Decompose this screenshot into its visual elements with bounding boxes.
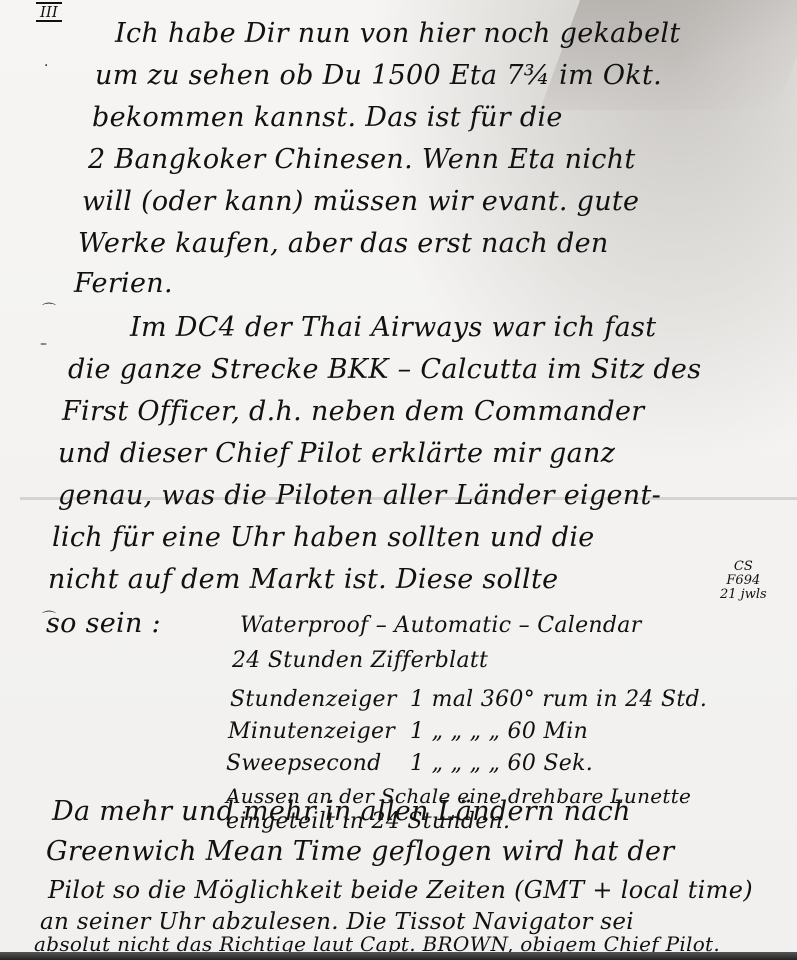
margin-note-bottom: 21 jwls xyxy=(720,588,767,602)
margin-note-top: CS xyxy=(720,560,767,574)
text-line: will (oder kann) müssen wir evant. gute xyxy=(82,186,639,218)
page-bottom-edge xyxy=(0,952,797,960)
text-line: Ich habe Dir nun von hier noch gekabelt xyxy=(115,18,681,50)
spec-intro: so sein : xyxy=(46,608,161,640)
text-line: Ferien. xyxy=(74,268,173,300)
text-line: genau, was die Piloten aller Länder eige… xyxy=(58,480,661,512)
text-line: nicht auf dem Markt ist. Diese sollte xyxy=(48,564,558,596)
spec-dial: 24 Stunden Zifferblatt xyxy=(232,645,488,677)
margin-dash: – xyxy=(40,336,47,352)
margin-note-middle: F694 xyxy=(720,574,767,588)
margin-note: CS F694 21 jwls xyxy=(720,560,767,602)
text-line: Im DC4 der Thai Airways war ich fast xyxy=(130,312,656,344)
margin-dot: · xyxy=(44,58,48,74)
text-line: 2 Bangkoker Chinesen. Wenn Eta nicht xyxy=(88,144,636,176)
text-line: um zu sehen ob Du 1500 Eta 7¾ im Okt. xyxy=(95,60,662,92)
spec-hand-name: Minutenzeiger xyxy=(228,716,395,748)
margin-tick: ⌒ xyxy=(42,300,56,320)
text-line: bekommen kannst. Das ist für die xyxy=(92,102,563,134)
text-line: Da mehr und mehr in allen Ländern nach xyxy=(52,796,631,828)
spec-hand-value: 1 mal 360° rum in 24 Std. xyxy=(410,684,707,716)
text-line: und dieser Chief Pilot erklärte mir ganz xyxy=(58,438,615,470)
text-line: Greenwich Mean Time geflogen wird hat de… xyxy=(46,836,674,868)
paper-stain xyxy=(540,0,797,110)
page-number: III xyxy=(36,2,62,22)
spec-features: Waterproof – Automatic – Calendar xyxy=(240,610,642,642)
spec-hand-name: Sweepsecond xyxy=(226,748,381,780)
spec-hand-value: 1 „ „ „ „ 60 Min xyxy=(410,716,588,748)
spec-hand-value: 1 „ „ „ „ 60 Sek. xyxy=(410,748,593,780)
text-line: die ganze Strecke BKK – Calcutta im Sitz… xyxy=(68,354,701,386)
text-line: Pilot so die Möglichkeit beide Zeiten (G… xyxy=(48,874,753,906)
spec-hand-name: Stundenzeiger xyxy=(230,684,397,716)
text-line: Werke kaufen, aber das erst nach den xyxy=(78,228,609,260)
text-line: First Officer, d.h. neben dem Commander xyxy=(62,396,644,428)
text-line: lich für eine Uhr haben sollten und die xyxy=(52,522,595,554)
